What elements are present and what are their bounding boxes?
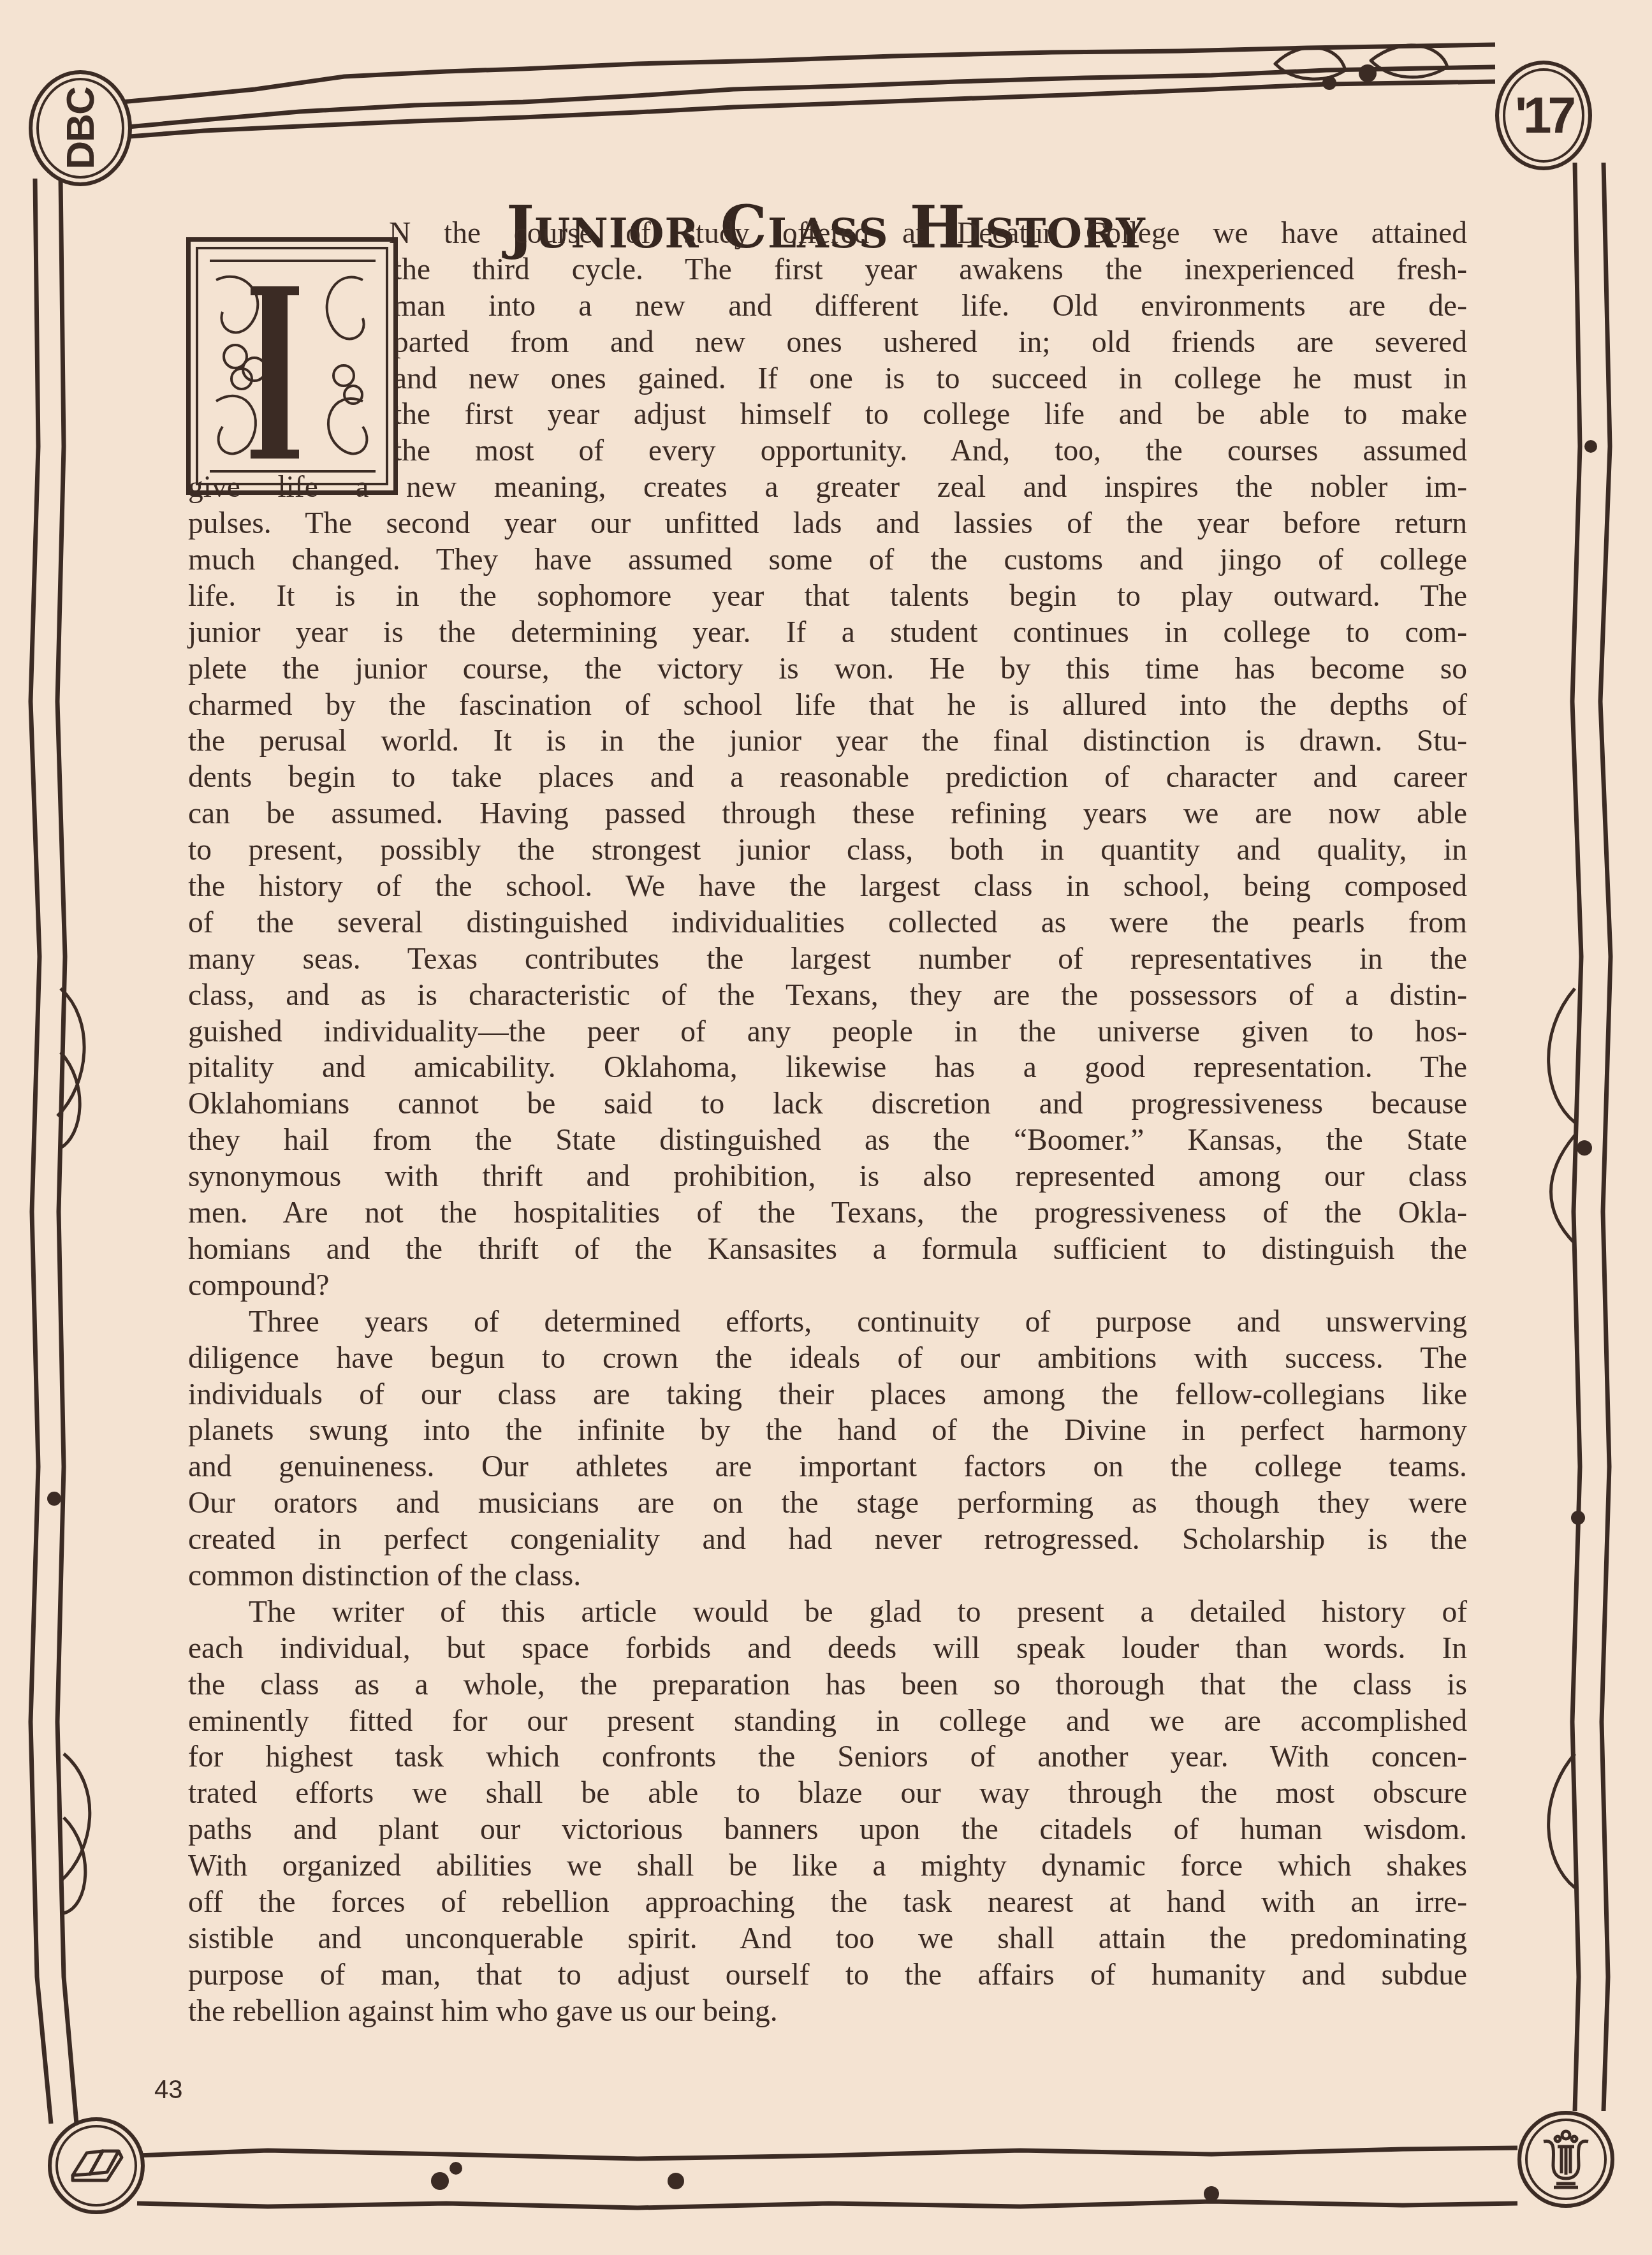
text-line: can be assumed. Having passed through th… (188, 796, 1467, 832)
text-line: created in perfect congeniality and had … (188, 1522, 1467, 1558)
text-line: much changed. They have assumed some of … (188, 542, 1467, 578)
text-line: diligence have begun to crown the ideals… (188, 1341, 1467, 1377)
text-line: each individual, but space forbids and d… (188, 1631, 1467, 1667)
text-line: planets swung into the infinite by the h… (188, 1413, 1467, 1449)
text-line: eminently fitted for our present standin… (188, 1703, 1467, 1740)
open-book-icon (68, 2143, 125, 2188)
text-line: trated efforts we shall be able to blaze… (188, 1775, 1467, 1812)
text-line: paths and plant our victorious banners u… (188, 1812, 1467, 1848)
text-line: and new ones gained. If one is to succee… (393, 361, 1467, 397)
dbc-monogram-medallion: DBC (29, 70, 132, 186)
text-line: pitality and amicability. Oklahoma, like… (188, 1050, 1467, 1086)
text-line: The writer of this article would be glad… (188, 1594, 1467, 1631)
text-line: off the forces of rebellion approaching … (188, 1884, 1467, 1921)
text-line: individuals of our class are taking thei… (188, 1377, 1467, 1413)
text-line: dents begin to take places and a reasona… (188, 760, 1467, 796)
text-line: give life a new meaning, creates a great… (188, 469, 1467, 506)
text-line: men. Are not the hospitalities of the Te… (188, 1195, 1467, 1231)
text-line: the perusal world. It is in the junior y… (188, 723, 1467, 760)
text-line: pulses. The second year our unfitted lad… (188, 506, 1467, 542)
text-line: they hail from the State distinguished a… (188, 1122, 1467, 1159)
text-line: and genuineness. Our athletes are import… (188, 1449, 1467, 1485)
text-line: Three years of determined efforts, conti… (188, 1304, 1467, 1341)
page-number: 43 (154, 2076, 183, 2104)
text-line: common distinction of the class. (188, 1558, 1467, 1594)
year-medallion: '17 (1495, 61, 1592, 170)
text-line: N the course of study offered at Decatur… (389, 216, 1467, 252)
text-line: parted from and new ones ushered in; old… (393, 325, 1467, 361)
text-line: With organized abilities we shall be lik… (188, 1848, 1467, 1884)
text-line: compound? (188, 1268, 1467, 1304)
text-line: homians and the thrift of the Kansasites… (188, 1231, 1467, 1268)
text-line: guished individuality—the peer of any pe… (188, 1014, 1467, 1050)
text-line: for highest task which confronts the Sen… (188, 1739, 1467, 1775)
year-17-icon: '17 (1515, 86, 1572, 145)
text-line: the third cycle. The first year awakens … (393, 252, 1467, 288)
text-line: Oklahomians cannot be said to lack discr… (188, 1086, 1467, 1122)
text-line: the first year adjust himself to college… (393, 397, 1467, 433)
text-line: plete the junior course, the victory is … (188, 651, 1467, 687)
text-line: the most of every opportunity. And, too,… (393, 433, 1467, 469)
text-line: of the several distinguished individuali… (188, 905, 1467, 941)
text-line: the rebellion against him who gave us ou… (188, 1994, 1467, 2030)
text-line: junior year is the determining year. If … (188, 615, 1467, 651)
text-line: class, and as is characteristic of the T… (188, 978, 1467, 1014)
text-line: synonymous with thrift and prohibition, … (188, 1159, 1467, 1195)
lyre-icon (1537, 2127, 1595, 2191)
text-line: purpose of man, that to adjust ourself t… (188, 1957, 1467, 1994)
book-medallion (48, 2117, 145, 2214)
text-line: the class as a whole, the preparation ha… (188, 1667, 1467, 1703)
text-line: man into a new and different life. Old e… (393, 288, 1467, 325)
text-line: Our orators and musicians are on the sta… (188, 1485, 1467, 1522)
text-line: to present, possibly the strongest junio… (188, 832, 1467, 869)
text-line: life. It is in the sophomore year that t… (188, 578, 1467, 615)
text-line: the history of the school. We have the l… (188, 869, 1467, 905)
monogram-dbc-icon: DBC (57, 87, 103, 169)
lyre-medallion (1517, 2111, 1614, 2208)
text-line: many seas. Texas contributes the largest… (188, 941, 1467, 978)
article-body: N the course of study offered at Decatur… (188, 216, 1467, 2030)
text-line: sistible and unconquerable spirit. And t… (188, 1921, 1467, 1957)
text-line: charmed by the fascination of school lif… (188, 687, 1467, 724)
